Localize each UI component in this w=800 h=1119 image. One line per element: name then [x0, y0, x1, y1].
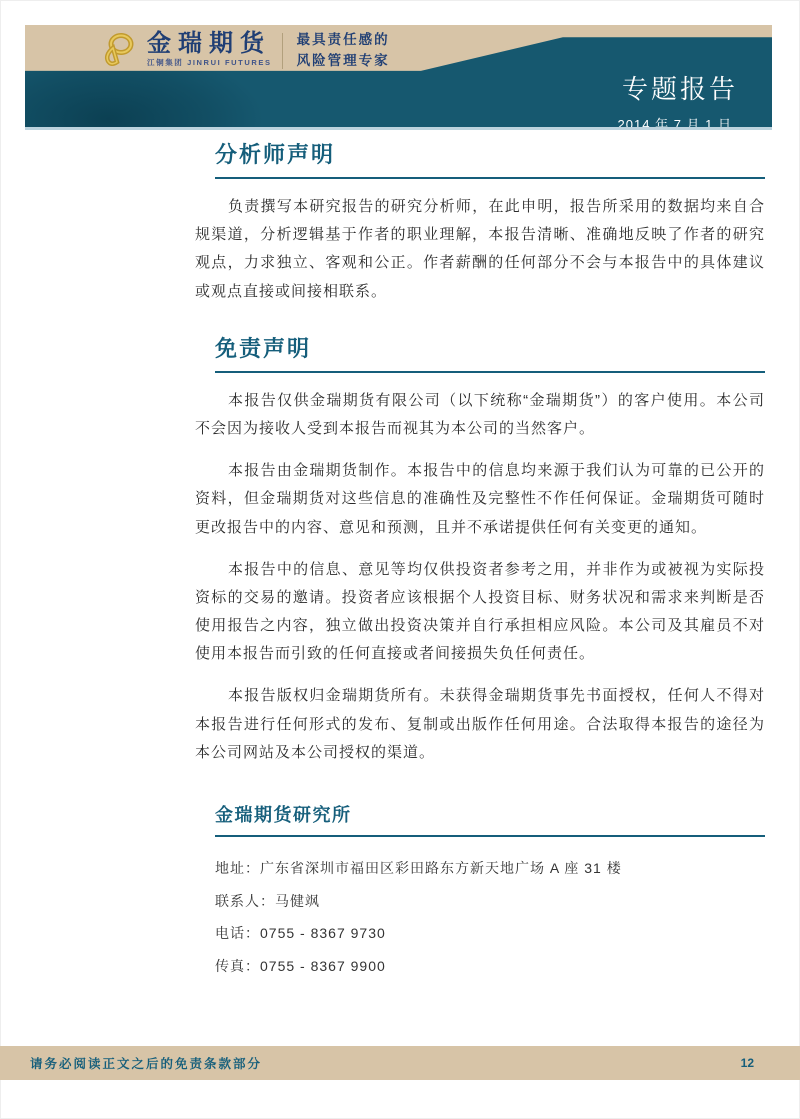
paragraph: 本报告版权归金瑞期货所有。未获得金瑞期货事先书面授权，任何人不得对本报告进行任何…	[195, 682, 765, 767]
brand-logo: 金瑞期货 江铜集团 JINRUI FUTURES 最具责任感的 风险管理专家	[25, 25, 390, 73]
contact-info: 地址：广东省深圳市福田区彩田路东方新天地广场 A 座 31 楼 联系人：马健飒 …	[215, 859, 765, 976]
contact-address: 地址：广东省深圳市福田区彩田路东方新天地广场 A 座 31 楼	[215, 859, 765, 879]
report-type-title: 专题报告	[618, 69, 738, 106]
header-report-info: 专题报告 2014 年 7 月 1 日	[618, 69, 738, 130]
section-disclaimer: 本报告仅供金瑞期货有限公司（以下统称“金瑞期货”）的客户使用。本公司不会因为接收…	[195, 387, 765, 767]
paragraph: 本报告由金瑞期货制作。本报告中的信息均来源于我们认为可靠的已公开的资料，但金瑞期…	[195, 457, 765, 542]
section-title-analyst-statement: 分析师声明	[215, 138, 765, 179]
paragraph: 本报告中的信息、意见等均仅供投资者参考之用，并非作为或被视为实际投资标的交易的邀…	[195, 556, 765, 669]
paragraph: 负责撰写本研究报告的研究分析师，在此申明，报告所采用的数据均来自合规渠道，分析逻…	[195, 193, 765, 306]
section-title-research-institute: 金瑞期货研究所	[215, 801, 765, 837]
brand-tagline: 最具责任感的 风险管理专家	[297, 30, 390, 72]
footer-band: 请务必阅读正文之后的免责条款部分 12	[0, 1046, 800, 1080]
contact-phone: 电话：0755 - 8367 9730	[215, 924, 765, 944]
gold-knot-icon	[97, 31, 137, 71]
contact-person: 联系人：马健飒	[215, 892, 765, 912]
section-analyst-statement: 负责撰写本研究报告的研究分析师，在此申明，报告所采用的数据均来自合规渠道，分析逻…	[195, 193, 765, 306]
report-date: 2014 年 7 月 1 日	[618, 114, 738, 130]
tagline-line-1: 最具责任感的	[297, 30, 390, 51]
brand-name: 金瑞期货	[147, 32, 272, 56]
contact-fax: 传真：0755 - 8367 9900	[215, 957, 765, 977]
page-number: 12	[741, 1056, 754, 1070]
logo-divider	[282, 33, 283, 69]
report-page: 金瑞期货 江铜集团 JINRUI FUTURES 最具责任感的 风险管理专家 专…	[0, 0, 800, 1119]
paragraph: 本报告仅供金瑞期货有限公司（以下统称“金瑞期货”）的客户使用。本公司不会因为接收…	[195, 387, 765, 443]
header-banner: 金瑞期货 江铜集团 JINRUI FUTURES 最具责任感的 风险管理专家 专…	[25, 25, 772, 130]
brand-subtitle: 江铜集团 JINRUI FUTURES	[147, 59, 272, 67]
brand-text-block: 金瑞期货 江铜集团 JINRUI FUTURES	[147, 32, 272, 67]
footer-disclaimer-notice: 请务必阅读正文之后的免责条款部分	[30, 1054, 262, 1072]
section-title-disclaimer: 免责声明	[215, 332, 765, 373]
main-content: 分析师声明 负责撰写本研究报告的研究分析师，在此申明，报告所采用的数据均来自合规…	[195, 138, 765, 989]
tagline-line-2: 风险管理专家	[297, 51, 390, 72]
